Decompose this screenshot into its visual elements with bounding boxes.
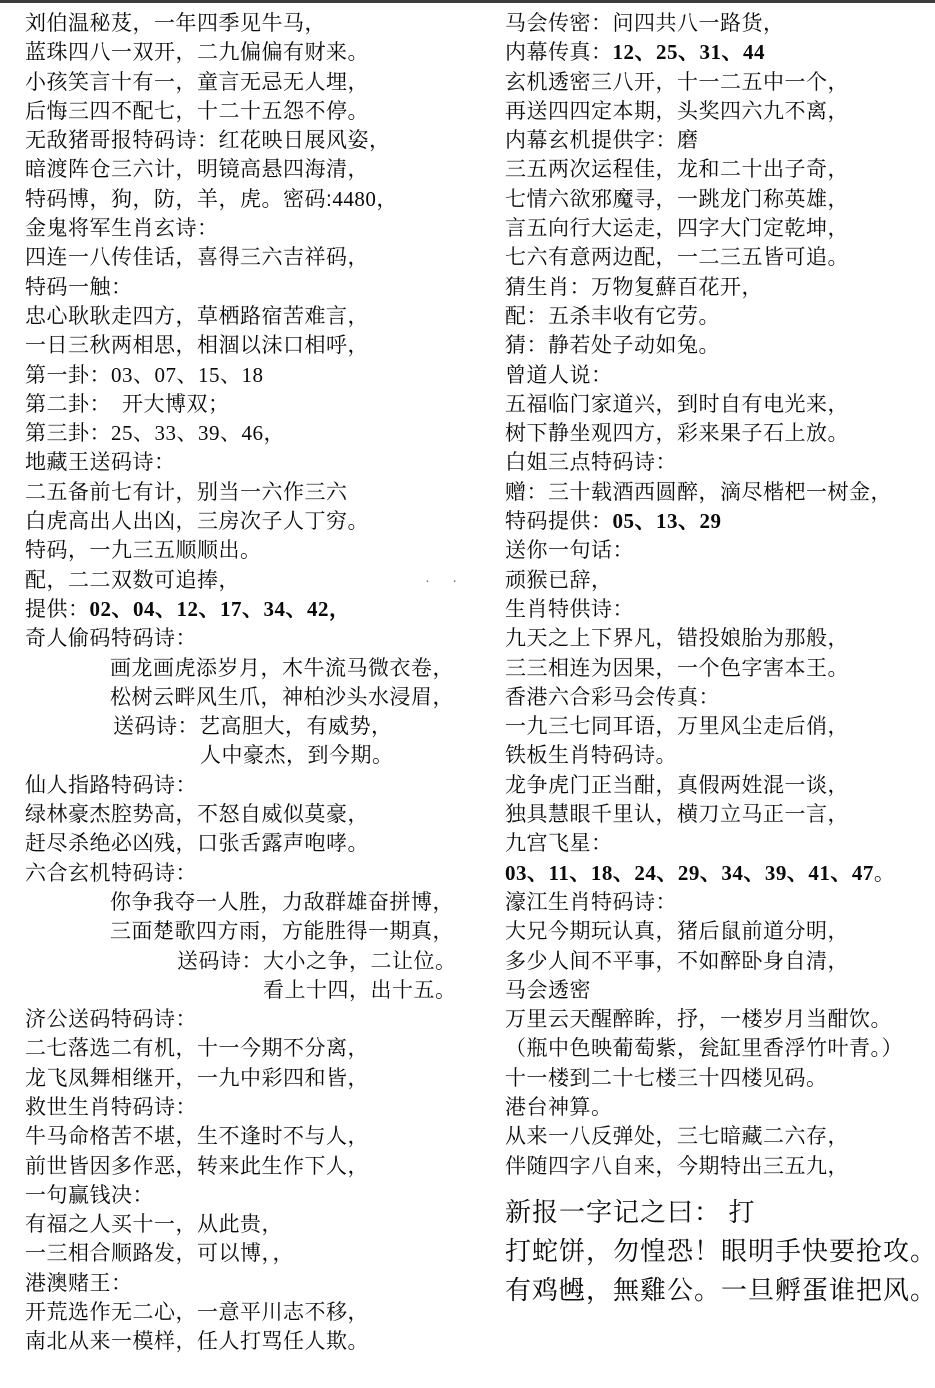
text-line: 龙飞凤舞相继开，一九中彩四和皆， xyxy=(25,1064,485,1093)
text-segment: 一句赢钱决： xyxy=(25,1184,154,1207)
text-segment: ， xyxy=(264,422,286,445)
text-line: 二五备前七有计，别当一六作三六 xyxy=(25,478,485,507)
text-segment: 金鬼将军生肖玄诗： xyxy=(25,217,219,240)
text-line: 第二卦： 开大博双； xyxy=(25,390,485,419)
text-segment: 画龙画虎添岁月，木牛流马微衣卷， xyxy=(110,657,454,680)
text-line: 一句赢钱决： xyxy=(25,1181,485,1210)
text-line: 松树云畔风生爪，神柏沙头水浸眉， xyxy=(25,683,485,712)
text-segment: 。 xyxy=(874,862,896,885)
text-segment: 03、07、15、18 xyxy=(111,363,264,387)
text-line: 济公送码特码诗： xyxy=(25,1005,485,1034)
text-line: 万里云天醒醉眸，抒，一楼岁月当酣饮。 xyxy=(505,1005,933,1034)
text-line: 特码提供：05、13、29 xyxy=(505,507,933,536)
text-segment: 五福临门家道兴，到时自有电光来， xyxy=(505,393,849,416)
text-segment: 特码一触： xyxy=(25,276,133,299)
text-line: 十一楼到二十七楼三十四楼见码。 xyxy=(505,1064,933,1093)
text-segment: 松树云畔风生爪，神柏沙头水浸眉， xyxy=(110,686,454,709)
bold-number-segment: 02、04、12、17、34、42， xyxy=(90,597,351,621)
text-line: 曾道人说： xyxy=(505,361,933,390)
text-line: 言五向行大运走，四字大门定乾坤， xyxy=(505,214,933,243)
text-segment: 特码提供： xyxy=(505,510,613,533)
bold-number-segment: 03、11、18、24、29、34、39、41、47 xyxy=(505,861,874,885)
text-line: 看上十四，出十五。 xyxy=(25,976,485,1005)
text-segment: 港澳赌王： xyxy=(25,1272,133,1295)
text-line: 七六有意两边配，一二三五皆可追。 xyxy=(505,243,933,272)
text-segment: 第三卦： xyxy=(25,422,111,445)
text-segment: 内幕玄机提供字：磨 xyxy=(505,129,699,152)
text-line: 牛马命格苦不堪，生不逢时不与人， xyxy=(25,1122,485,1151)
text-line: 地藏王送码诗： xyxy=(25,448,485,477)
text-line: 生肖特供诗： xyxy=(505,595,933,624)
text-line: 03、11、18、24、29、34、39、41、47。 xyxy=(505,859,933,888)
text-segment: 四连一八传佳话，喜得三六吉祥码， xyxy=(25,246,369,269)
text-line: 九宫飞星： xyxy=(505,829,933,858)
text-segment: 你争我夺一人胜，力敌群雄奋拼博， xyxy=(110,891,454,914)
text-line: 一三相合顺路发，可以博，， xyxy=(25,1239,485,1268)
text-segment: 前世皆因多作恶，转来此生作下人， xyxy=(25,1155,369,1178)
text-line: 马会传密：问四共八一路货， xyxy=(505,9,933,38)
text-segment: 提供： xyxy=(25,598,90,621)
text-line: 玄机透密三八开，十一二五中一个， xyxy=(505,68,933,97)
text-segment: 白姐三点特码诗： xyxy=(505,451,677,474)
stray-ink-dots: · · xyxy=(425,566,466,595)
text-line: 六合玄机特码诗： xyxy=(25,859,485,888)
text-segment: 看上十四，出十五。 xyxy=(263,979,457,1002)
text-segment: 濠江生肖特码诗： xyxy=(505,891,677,914)
text-line: 配，二二双数可追捧，· · xyxy=(25,566,485,595)
text-segment: 马会传密：问四共八一路货， xyxy=(505,12,785,35)
text-line: 香港六合彩马会传真： xyxy=(505,683,933,712)
text-segment: 新报一字记之曰： 打 xyxy=(505,1198,756,1227)
text-segment: 独具慧眼千里认，横刀立马正一言， xyxy=(505,803,849,826)
text-line: 第一卦：03、07、15、18 xyxy=(25,361,485,390)
text-line: 铁板生肖特码诗。 xyxy=(505,741,933,770)
text-segment: 万里云天醒醉眸，抒，一楼岁月当酣饮。 xyxy=(505,1008,892,1031)
text-segment: 奇人偷码特码诗： xyxy=(25,627,197,650)
text-segment: 三五两次运程佳，龙和二十出子奇， xyxy=(505,158,849,181)
text-segment: 猜生肖：万物复蘚百花开， xyxy=(505,276,763,299)
text-line: 伴随四字八自来，今期特出三五九， xyxy=(505,1152,933,1181)
text-line: 龙争虎门正当酣，真假两姓混一谈， xyxy=(505,771,933,800)
text-segment: 配：五杀丰收有它劳。 xyxy=(505,305,720,328)
text-line: 新报一字记之曰： 打 xyxy=(505,1193,933,1232)
text-line: 打蛇饼，勿惶恐！眼明手快要抢攻。 xyxy=(505,1232,933,1271)
text-line: 忠心耿耿走四方，草栖路宿苦难言， xyxy=(25,302,485,331)
text-segment: 伴随四字八自来，今期特出三五九， xyxy=(505,1155,849,1178)
text-line: 小孩笑言十有一，童言无忌无人埋， xyxy=(25,68,485,97)
text-segment: 人中豪杰，到今期。 xyxy=(200,744,394,767)
text-line: 港澳赌王： xyxy=(25,1269,485,1298)
text-line: 有鸡乸，無雞公。一旦孵蛋谁把风。 xyxy=(505,1271,933,1310)
text-line: 你争我夺一人胜，力敌群雄奋拼博， xyxy=(25,888,485,917)
text-segment: 从来一八反弹处，三七暗藏二六存， xyxy=(505,1125,849,1148)
text-line: 特码，一九三五顺顺出。 xyxy=(25,536,485,565)
text-line: 白姐三点特码诗： xyxy=(505,448,933,477)
text-segment: 树下静坐观四方，彩来果子石上放。 xyxy=(505,422,849,445)
text-segment: 马会透密 xyxy=(505,979,591,1002)
text-segment: 忠心耿耿走四方，草栖路宿苦难言， xyxy=(25,305,369,328)
right-text-column: 马会传密：问四共八一路货，内幕传真：12、25、31、44玄机透密三八开，十一二… xyxy=(505,9,933,1310)
text-line: 刘伯温秘芨，一年四季见牛马， xyxy=(25,9,485,38)
text-segment: 无敌猪哥报特码诗：红花映日展风姿， xyxy=(25,129,391,152)
text-line: 三面楚歌四方雨，方能胜得一期真， xyxy=(25,917,485,946)
text-segment: 顽猴已辞， xyxy=(505,569,613,592)
text-line: 人中豪杰，到今期。 xyxy=(25,741,485,770)
text-segment: 六合玄机特码诗： xyxy=(25,862,197,885)
text-line: 多少人间不平事，不如醉卧身自清， xyxy=(505,947,933,976)
text-line: 从来一八反弹处，三七暗藏二六存， xyxy=(505,1122,933,1151)
text-segment: 白虎高出人出凶，三房次子人丁穷。 xyxy=(25,510,369,533)
text-segment: 南北从来一模样，任人打骂任人欺。 xyxy=(25,1330,369,1353)
text-segment: 4480 xyxy=(332,187,376,211)
text-line: 配：五杀丰收有它劳。 xyxy=(505,302,933,331)
text-segment: （瓶中色映葡萄紫，瓮缸里香浮竹叶青。） xyxy=(505,1037,903,1060)
text-line: 第三卦：25、33、39、46， xyxy=(25,419,485,448)
text-line: 无敌猪哥报特码诗：红花映日展风姿， xyxy=(25,126,485,155)
text-line: 白虎高出人出凶，三房次子人丁穷。 xyxy=(25,507,485,536)
text-segment: 港台神算。 xyxy=(505,1096,613,1119)
text-segment: 打蛇饼，勿惶恐！眼明手快要抢攻。 xyxy=(505,1237,935,1266)
text-segment: 有福之人买十一，从此贵， xyxy=(25,1213,283,1236)
text-segment: 九宫飞星： xyxy=(505,832,613,855)
text-line: 提供：02、04、12、17、34、42， xyxy=(25,595,485,624)
text-line: 九天之上下界凡，错投娘胎为那般， xyxy=(505,624,933,653)
text-segment: 猜：静若处子动如兔。 xyxy=(505,334,720,357)
bold-number-segment: 05、13、29 xyxy=(613,509,722,533)
text-segment: 香港六合彩马会传真： xyxy=(505,686,720,709)
text-line: 画龙画虎添岁月，木牛流马微衣卷， xyxy=(25,654,485,683)
text-line: 大兄今期玩认真，猪后鼠前道分明， xyxy=(505,917,933,946)
text-segment: 二五备前七有计，别当一六作三六 xyxy=(25,481,348,504)
text-line: 五福临门家道兴，到时自有电光来， xyxy=(505,390,933,419)
text-segment: 特码，一九三五顺顺出。 xyxy=(25,539,262,562)
text-segment: 再送四四定本期，头奖四六九不离， xyxy=(505,100,849,123)
text-segment: 十一楼到二十七楼三十四楼见码。 xyxy=(505,1067,828,1090)
left-text-column: 刘伯温秘芨，一年四季见牛马，蓝珠四八一双开，二九偏偏有财来。小孩笑言十有一，童言… xyxy=(25,9,485,1357)
text-segment: 龙争虎门正当酣，真假两姓混一谈， xyxy=(505,774,849,797)
text-line: 七情六欲邪魔寻，一跳龙门称英雄， xyxy=(505,185,933,214)
text-segment: 多少人间不平事，不如醉卧身自清， xyxy=(505,950,849,973)
text-line: 奇人偷码特码诗： xyxy=(25,624,485,653)
text-line: 后悔三四不配七，十二十五怨不停。 xyxy=(25,97,485,126)
text-segment: 一三相合顺路发，可以博，， xyxy=(25,1242,294,1265)
text-line: 仙人指路特码诗： xyxy=(25,771,485,800)
text-segment: 配，二二双数可追捧， xyxy=(25,569,240,592)
text-segment: 玄机透密三八开，十一二五中一个， xyxy=(505,71,849,94)
text-line: 港台神算。 xyxy=(505,1093,933,1122)
text-line: 三三相连为因果，一个色字害本王。 xyxy=(505,654,933,683)
text-line: 暗渡阵仓三六计，明镜高悬四海清， xyxy=(25,155,485,184)
text-line: 金鬼将军生肖玄诗： xyxy=(25,214,485,243)
text-segment: 三三相连为因果，一个色字害本王。 xyxy=(505,657,849,680)
text-segment: 送码诗：艺高胆大，有威势， xyxy=(113,715,393,738)
text-segment: 小孩笑言十有一，童言无忌无人埋， xyxy=(25,71,369,94)
text-line: 有福之人买十一，从此贵， xyxy=(25,1210,485,1239)
text-segment: 九天之上下界凡，错投娘胎为那般， xyxy=(505,627,849,650)
text-line: 马会透密 xyxy=(505,976,933,1005)
text-line: 猜生肖：万物复蘚百花开， xyxy=(505,273,933,302)
text-line: 顽猴已辞， xyxy=(505,566,933,595)
text-line: 南北从来一模样，任人打骂任人欺。 xyxy=(25,1327,485,1356)
text-segment: 赶尽杀绝必凶残，口张舌露声咆哮。 xyxy=(25,832,369,855)
lottery-tip-sheet-page: 刘伯温秘芨，一年四季见牛马，蓝珠四八一双开，二九偏偏有财来。小孩笑言十有一，童言… xyxy=(0,0,935,1388)
text-line: 特码一触： xyxy=(25,273,485,302)
text-line: 赶尽杀绝必凶残，口张舌露声咆哮。 xyxy=(25,829,485,858)
text-segment: 开荒选作无二心，一意平川志不移， xyxy=(25,1301,369,1324)
text-segment: 25、33、39、46 xyxy=(111,421,264,445)
text-segment: 大兄今期玩认真，猪后鼠前道分明， xyxy=(505,920,849,943)
text-segment: 龙飞凤舞相继开，一九中彩四和皆， xyxy=(25,1067,369,1090)
scan-edge-artifact xyxy=(0,0,935,3)
text-segment: 济公送码特码诗： xyxy=(25,1008,197,1031)
text-segment: 铁板生肖特码诗。 xyxy=(505,744,677,767)
text-segment: 送码诗：大小之争，二让位。 xyxy=(177,950,457,973)
text-line: 独具慧眼千里认，横刀立马正一言， xyxy=(505,800,933,829)
text-line: 特码博，狗，防，羊，虎。密码:4480， xyxy=(25,185,485,214)
text-segment: 七情六欲邪魔寻，一跳龙门称英雄， xyxy=(505,188,849,211)
text-line: 开荒选作无二心，一意平川志不移， xyxy=(25,1298,485,1327)
text-segment: 送你一句话： xyxy=(505,539,634,562)
text-segment: 三面楚歌四方雨，方能胜得一期真， xyxy=(110,920,454,943)
text-segment: 生肖特供诗： xyxy=(505,598,634,621)
text-segment: 七六有意两边配，一二三五皆可追。 xyxy=(505,246,849,269)
text-line: 二七落选二有机，十一今期不分离， xyxy=(25,1034,485,1063)
text-segment: 暗渡阵仓三六计，明镜高悬四海清， xyxy=(25,158,369,181)
text-segment: 曾道人说： xyxy=(505,364,613,387)
text-segment: 第一卦： xyxy=(25,364,111,387)
text-line: 蓝珠四八一双开，二九偏偏有财来。 xyxy=(25,38,485,67)
text-segment: 第二卦： 开大博双； xyxy=(25,393,230,416)
text-line: 内幕玄机提供字：磨 xyxy=(505,126,933,155)
text-segment: 绿林豪杰腔势高，不怒自威似莫豪， xyxy=(25,803,369,826)
text-segment: 内幕传真： xyxy=(505,41,613,64)
text-line: 一日三秋两相思，相涸以沫口相呼， xyxy=(25,331,485,360)
text-segment: 蓝珠四八一双开，二九偏偏有财来。 xyxy=(25,41,369,64)
text-line: 三五两次运程佳，龙和二十出子奇， xyxy=(505,155,933,184)
text-segment: 赠：三十载酒西圆醉，滴尽楷杷一树金， xyxy=(505,481,892,504)
text-line: （瓶中色映葡萄紫，瓮缸里香浮竹叶青。） xyxy=(505,1034,933,1063)
text-line: 送码诗：大小之争，二让位。 xyxy=(25,947,485,976)
text-line: 前世皆因多作恶，转来此生作下人， xyxy=(25,1152,485,1181)
text-segment: 刘伯温秘芨，一年四季见牛马， xyxy=(25,12,326,35)
text-segment: ， xyxy=(376,188,398,211)
text-line: 内幕传真：12、25、31、44 xyxy=(505,38,933,67)
text-line: 树下静坐观四方，彩来果子石上放。 xyxy=(505,419,933,448)
text-segment: 地藏王送码诗： xyxy=(25,451,176,474)
text-line: 濠江生肖特码诗： xyxy=(505,888,933,917)
text-line: 一九三七同耳语，万里风尘走后俏， xyxy=(505,712,933,741)
bold-number-segment: 12、25、31、44 xyxy=(613,40,766,64)
text-line: 再送四四定本期，头奖四六九不离， xyxy=(505,97,933,126)
text-segment: 言五向行大运走，四字大门定乾坤， xyxy=(505,217,849,240)
text-line: 四连一八传佳话，喜得三六吉祥码， xyxy=(25,243,485,272)
text-segment: 救世生肖特码诗： xyxy=(25,1096,197,1119)
text-segment: 后悔三四不配七，十二十五怨不停。 xyxy=(25,100,369,123)
text-segment: 一日三秋两相思，相涸以沫口相呼， xyxy=(25,334,369,357)
text-line: 绿林豪杰腔势高，不怒自威似莫豪， xyxy=(25,800,485,829)
text-segment: 仙人指路特码诗： xyxy=(25,774,197,797)
text-line: 送你一句话： xyxy=(505,536,933,565)
text-segment: 有鸡乸，無雞公。一旦孵蛋谁把风。 xyxy=(505,1276,935,1305)
text-line: 送码诗：艺高胆大，有威势， xyxy=(25,712,485,741)
text-line: 猜：静若处子动如兔。 xyxy=(505,331,933,360)
text-segment: 特码博，狗，防，羊，虎。密码: xyxy=(25,188,332,211)
text-line: 救世生肖特码诗： xyxy=(25,1093,485,1122)
text-segment: 二七落选二有机，十一今期不分离， xyxy=(25,1037,369,1060)
text-segment: 一九三七同耳语，万里风尘走后俏， xyxy=(505,715,849,738)
text-line: 赠：三十载酒西圆醉，滴尽楷杷一树金， xyxy=(505,478,933,507)
text-segment: 牛马命格苦不堪，生不逢时不与人， xyxy=(25,1125,369,1148)
